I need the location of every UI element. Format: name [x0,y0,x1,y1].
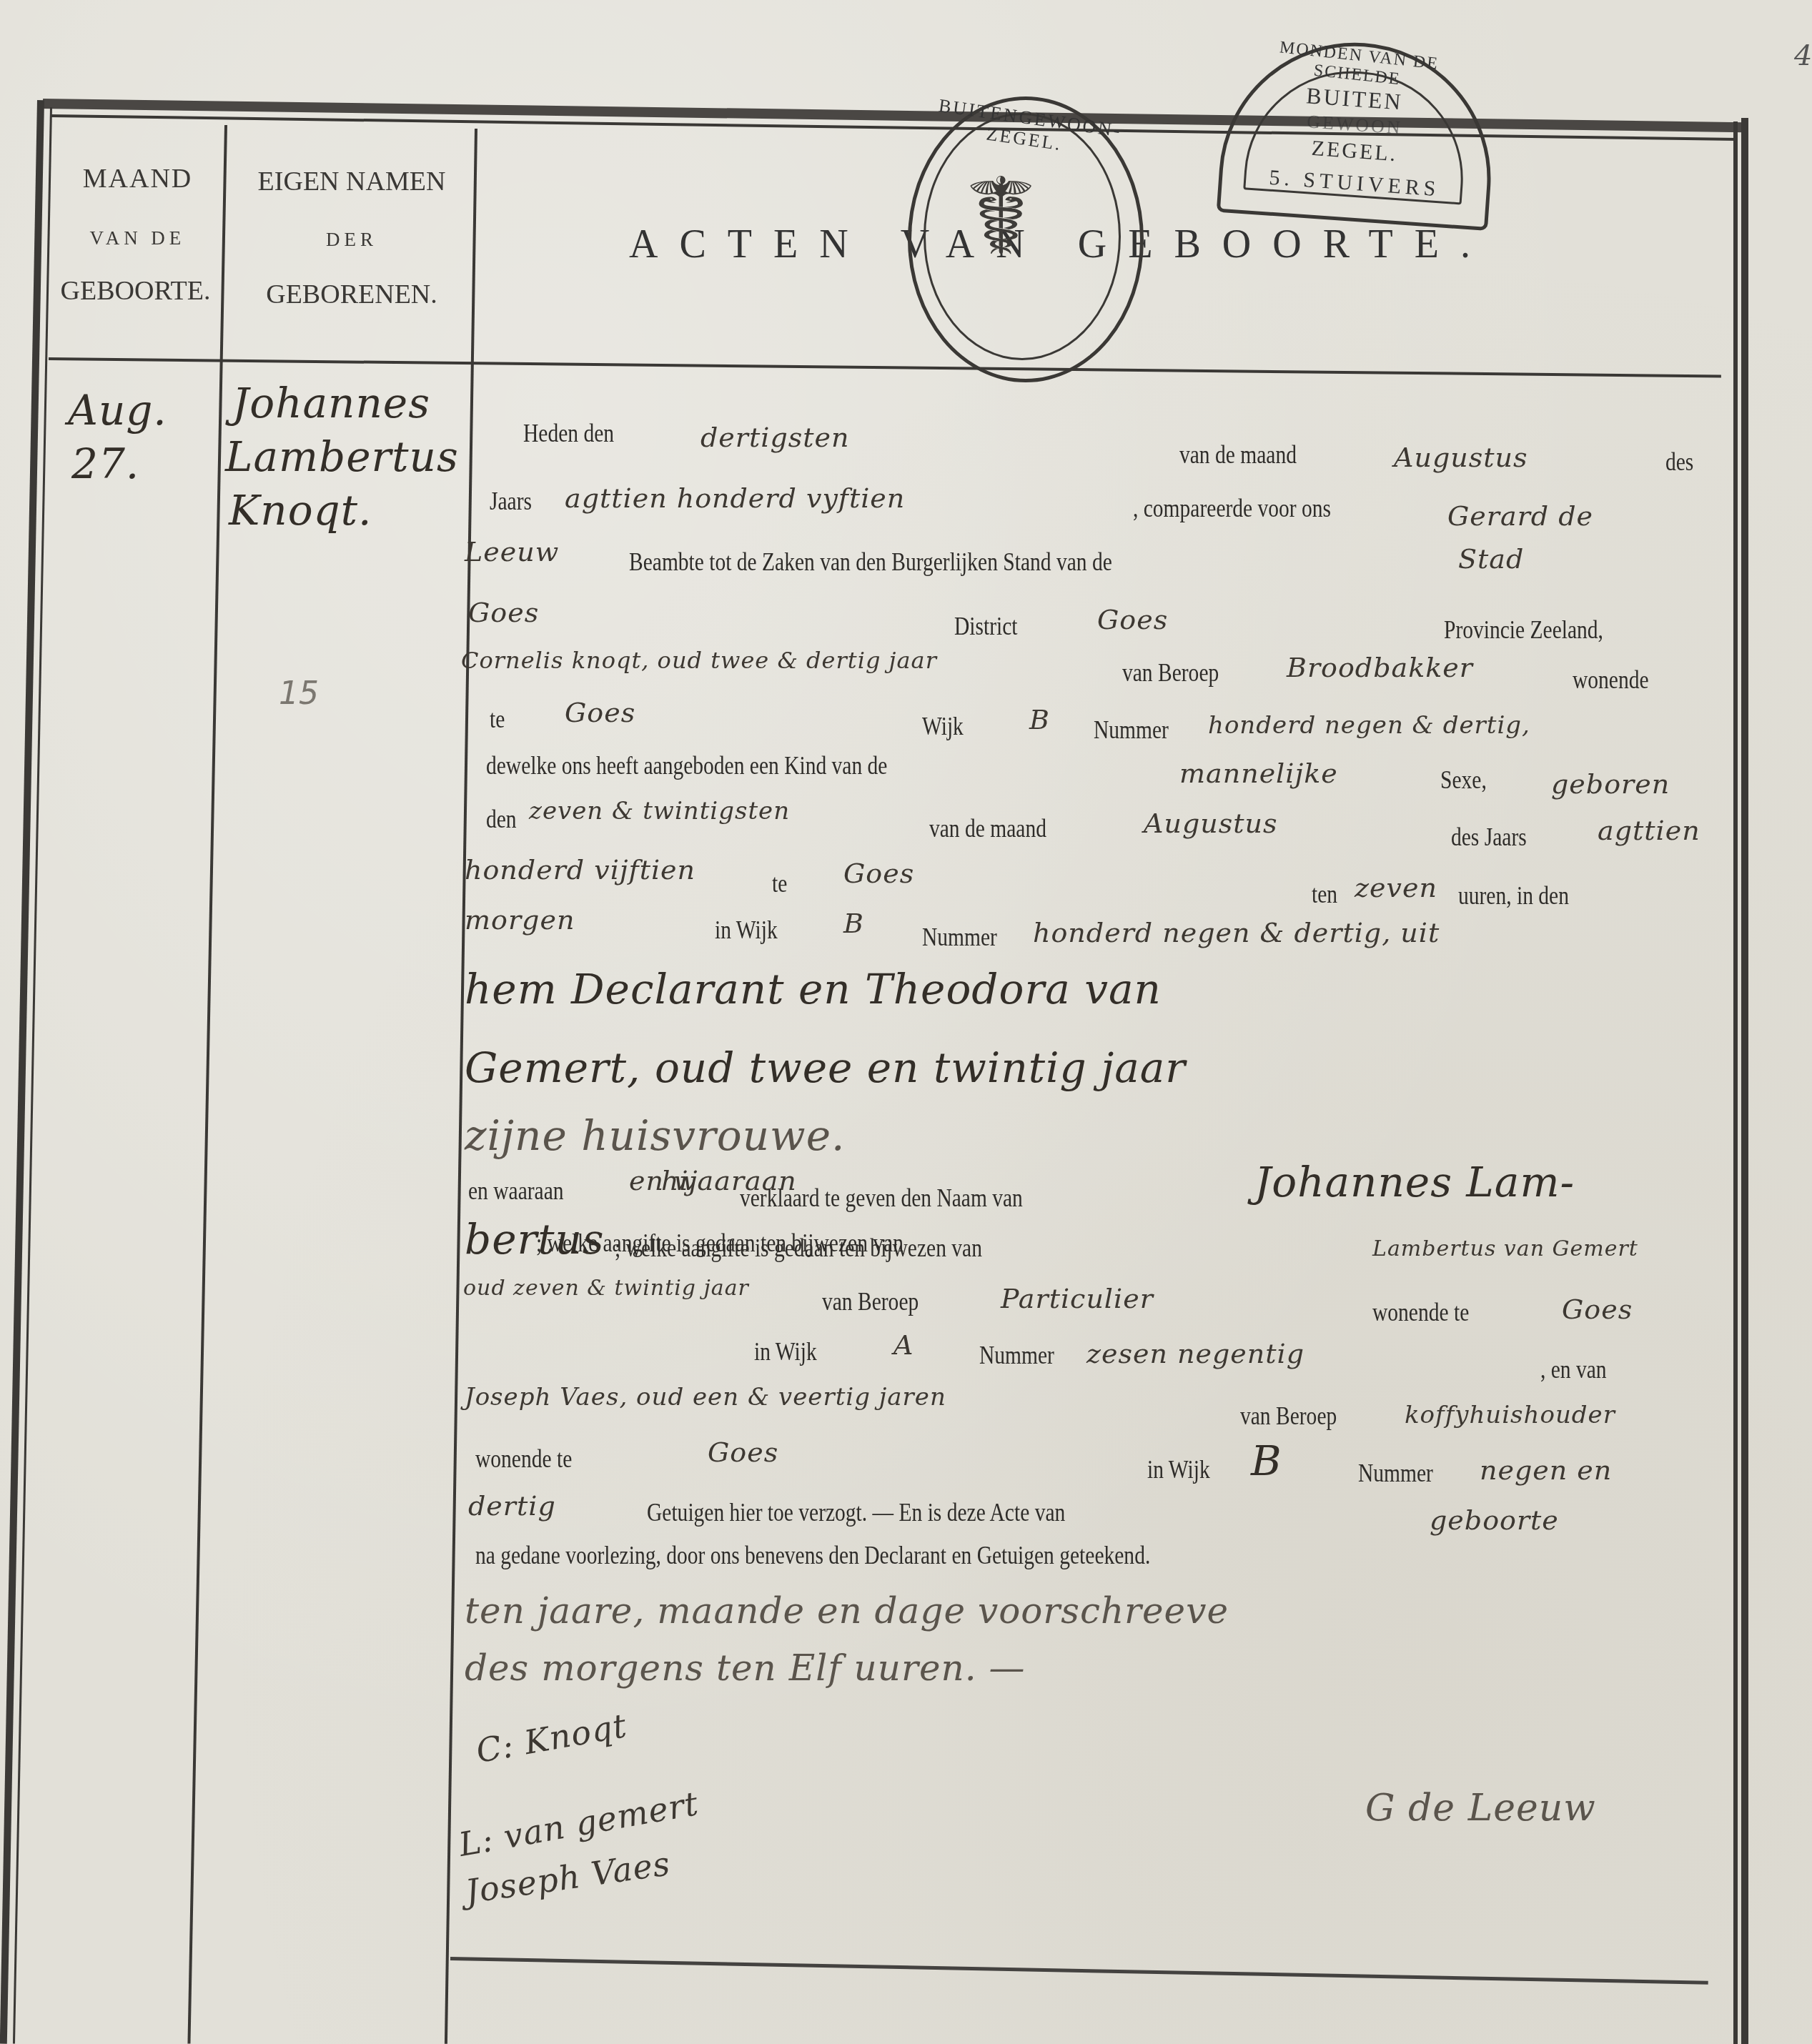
entry-name-line3: Knoqt. [229,486,372,535]
header-names-line2: DER [230,229,473,251]
handwritten-text: Goes [708,1437,778,1468]
printed-text: en waaraan [468,1176,564,1206]
handwritten-text: hem Declarant en Theodora van [465,965,1162,1013]
handwritten-text: Augustus [1394,442,1528,473]
handwritten-text: dertigsten [700,422,849,453]
handwritten-text: agttien honderd vyftien [565,482,905,514]
handwritten-text: agttien [1598,815,1700,846]
header-names-line3: GEBORENEN. [230,279,473,310]
handwritten-text: Gemert, oud twee en twintig jaar [465,1043,1186,1092]
handwritten-text: Johannes Lam- [1254,1158,1575,1206]
header-month-line2: VAN DE [50,227,225,249]
printed-text: den [486,804,517,834]
printed-text: te [490,704,505,734]
printed-text: Beambte tot de Zaken van den Burgerlijke… [629,547,1112,577]
handwritten-text: des morgens ten Elf uuren. — [465,1647,1025,1689]
handwritten-text: Goes [843,858,914,889]
printed-text: wonende te [475,1444,572,1474]
handwritten-text: ten jaare, maande en dage voorschreeve [465,1590,1229,1632]
printed-text: van de maand [1179,440,1297,470]
entry-month: Aug. [68,386,167,435]
printed-text: Nummer [1094,715,1169,745]
handwritten-text: Goes [1562,1294,1633,1325]
printed-text: , en van [1540,1354,1607,1384]
printed-text: , compareerde voor ons [1133,493,1331,523]
handwritten-text: zijne huisvrouwe. [465,1111,845,1160]
printed-text: wonende [1573,665,1649,695]
entry-separator-rule [450,1957,1708,1985]
handwritten-text: zeven [1355,872,1437,903]
handwritten-text: koffyhuishouder [1405,1401,1615,1429]
handwritten-text: dertig [468,1490,556,1522]
header-month-line3: GEBOORTE. [44,275,227,307]
printed-text: verklaard te geven den Naam van [740,1183,1023,1213]
printed-text: van Beroep [1122,658,1219,688]
printed-text: District [954,611,1018,641]
handwritten-text: oud zeven & twintig jaar [463,1276,749,1301]
handwritten-text: Augustus [1144,808,1277,839]
printed-text: Nummer [1358,1458,1433,1488]
pencil-record-number: 15 [279,675,319,712]
printed-text: Nummer [979,1340,1054,1370]
frame-right-inner-border [1733,121,1738,2044]
printed-text: Nummer [922,922,997,952]
signature-officer: G de Leeuw [1365,1787,1596,1830]
header-names-line1: EIGEN NAMEN [230,166,473,197]
printed-text: Getuigen hier toe verzogt. — En is deze … [647,1497,1065,1527]
caduceus-emblem-icon: ☤ [965,164,1036,272]
handwritten-text: A [893,1329,914,1361]
handwritten-text: Gerard de [1447,500,1593,532]
handwritten-text: zeven & twintigsten [529,797,790,825]
handwritten-text: Particulier [1001,1283,1154,1314]
printed-text: Wijk [922,711,964,741]
handwritten-text: honderd negen & dertig, uit [1033,917,1440,948]
handwritten-text: negen en [1480,1454,1612,1486]
printed-text: van Beroep [822,1286,919,1316]
handwritten-text: Joseph Vaes, oud een & veertig jaren [465,1383,946,1412]
printed-text: in Wijk [715,915,778,945]
printed-text: Jaars [490,486,532,516]
handwritten-text: geboorte [1430,1504,1559,1536]
handwritten-text: B [843,908,864,939]
handwritten-text: zesen negentig [1086,1338,1304,1369]
page-number: 4 [1794,39,1812,72]
handwritten-text: honderd negen & dertig, [1208,711,1530,740]
printed-text: Sexe, [1440,765,1487,795]
entry-name-line1: Johannes [232,379,430,427]
handwritten-text: B [1029,704,1050,735]
printed-text: wonende te [1372,1297,1469,1327]
frame-left-border [0,100,44,2044]
handwritten-text: Broodbakker [1287,652,1473,683]
handwritten-text: hij [661,1165,698,1196]
handwritten-text: mannelijke [1179,758,1338,789]
handwritten-text: Lambertus van Gemert [1372,1236,1638,1261]
handwritten-text: Goes [565,697,635,728]
printed-text: na gedane voorlezing, door ons benevens … [475,1540,1150,1570]
printed-text: uuren, in den [1458,880,1569,911]
handwritten-text: morgen [465,904,575,936]
handwritten-text: B [1251,1437,1282,1485]
printed-text: Provincie Zeeland, [1444,615,1603,645]
entry-day: 27. [71,440,139,488]
handwritten-text: Stad [1458,543,1524,575]
signature-declarant: C: Knoqt [473,1706,630,1770]
handwritten-text: Cornelis knoqt, oud twee & dertig jaar [461,647,937,674]
handwritten-text: Leeuw [465,536,559,567]
printed-text: te [772,868,787,898]
header-bottom-rule [49,357,1721,378]
printed-text: van de maand [929,813,1046,843]
header-month-line1: MAAND [50,163,225,194]
printed-text: des [1665,447,1693,477]
printed-text: ; welke aangifte is gedaan ten bijwezen … [615,1233,982,1263]
printed-text: des Jaars [1451,822,1527,852]
printed-text: in Wijk [1147,1454,1210,1484]
column-divider-month [187,125,227,2044]
handwritten-text: Goes [1097,604,1168,635]
printed-text: Heden den [523,418,614,448]
printed-text: in Wijk [754,1336,817,1366]
handwritten-text: Goes [468,597,539,628]
printed-text: ten [1312,879,1337,909]
frame-right-border [1741,118,1748,2044]
entry-name-line2: Lambertus [225,432,459,481]
printed-text: dewelke ons heeft aangeboden een Kind va… [486,750,887,780]
handwritten-text: geboren [1551,768,1670,800]
printed-text: van Beroep [1240,1401,1337,1431]
handwritten-text: honderd vijftien [465,854,695,885]
